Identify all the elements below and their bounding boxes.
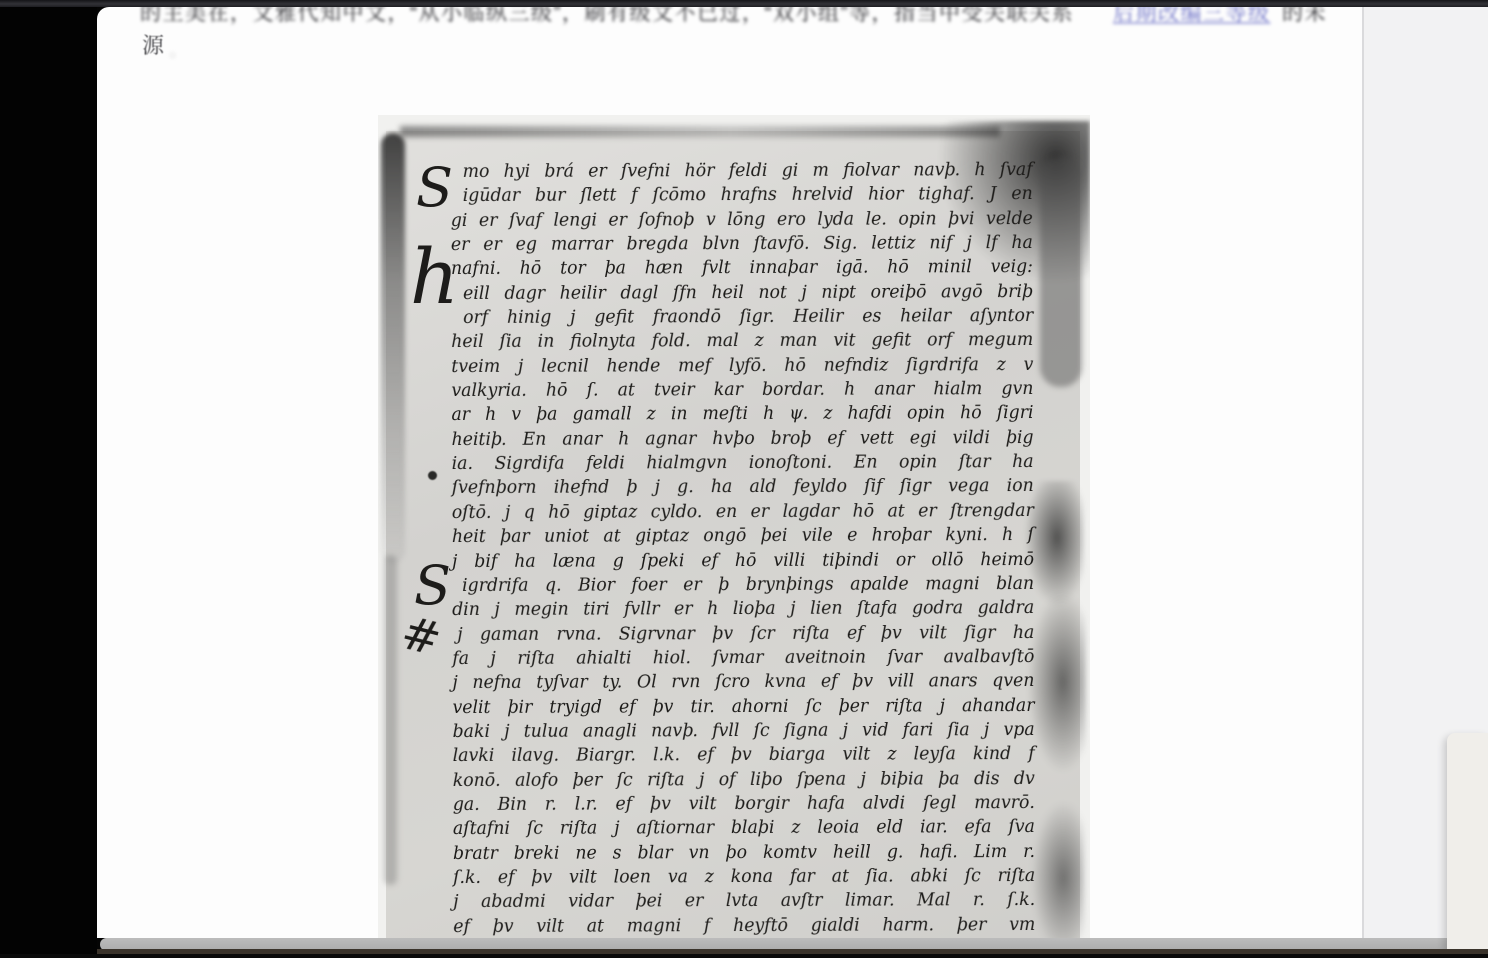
manuscript-line: ſ.k. ef þv vilt loen va z kona far at ſi… [453,864,1035,890]
manuscript-line: heil ſia in fiolnyta fold. mal z man vit… [451,328,1033,354]
manuscript-line: igūdar bur ſlett f ſcōmo hrafns hrelvid … [451,182,1033,208]
manuscript-line: j nefna tyſvar ty. Ol rvn ſcro kvna ef þ… [452,669,1034,695]
manuscript-line: nafni. hō tor þa hæn fvlt innaþar igā. h… [451,255,1033,281]
document-page: 的主美在，文雅代知中文，“从小临纵三级”，刷有级文不已过，“双小组”等，指当中受… [97,7,1362,938]
manuscript-line: gi er ſvaf lengi er ſofnoþ v lōng ero ly… [451,207,1033,233]
faint-punctuation-mark: 。 [169,33,189,62]
manuscript-line: j bif ha læna g ſpeki ef hō villi tiþind… [452,547,1034,573]
manuscript-line: heitiþ. En anar h agnar hvþo broþ ef vet… [452,426,1034,452]
manuscript-line: ar h v þa gamall z in meſti h ψ. z hafdi… [451,401,1033,427]
manuscript-line: orf hinig j gefit fraondō ſigr. Heilir e… [451,304,1033,330]
left-black-margin [0,0,97,958]
manuscript-line: j abadmi vidar þei er lvta avſtr limar. … [453,888,1035,914]
manuscript-line: baki j tulua anagli navþ. fvll ſc ſigna … [453,718,1035,744]
manuscript-line: ia. Sigrdifa feldi hialmgvn ionoſtoni. E… [452,450,1034,476]
bottom-right-overlay-panel [1447,733,1488,949]
manuscript-image: S h S # mo hyi brá er ſvefni hör feldi g… [378,115,1090,938]
manuscript-line: mo hyi brá er ſvefni hör feldi gi m fiol… [451,158,1033,184]
illuminated-initial-S2: S [414,559,451,613]
blurred-heading-tail: 的未 [1282,7,1327,27]
manuscript-line: ſvefnþorn ihefnd þ j g. ha ald feyldo ſi… [452,474,1034,500]
manuscript-line: lavki ilavg. Biargr. l.k. ef þv biarga v… [453,742,1035,768]
manuscript-line: oſtō. j q hō giptaz cyldo. en er lagdar … [452,499,1034,525]
illuminated-initial-S: S [416,161,453,215]
margin-dot [428,471,437,480]
manuscript-line: aſtafni ſc riſta j aſtiornar blaþi z leo… [453,815,1035,841]
manuscript-line: velit þir tryigd ef þv tir. ahorni ſc þe… [452,694,1034,720]
manuscript-line: j gaman rvna. Sigrvnar þv ſcr riſta ef þ… [452,621,1034,647]
bottom-black-edge [0,954,1488,958]
manuscript-line: ga. Bin r. l.r. ef þv vilt borgir hafa a… [453,791,1035,817]
video-frame: 的主美在，文雅代知中文，“从小临纵三级”，刷有级文不已过，“双小组”等，指当中受… [0,0,1488,958]
manuscript-line: bratr breki ne s blar vn þo komtv heill … [453,840,1035,866]
manuscript-line: din j megin tiri fvllr er h lioþa j lien… [452,596,1034,622]
manuscript-line: fa j riſta ahialti hiol. ſvmar aveitnoin… [452,645,1034,671]
blurred-heading-line: 的主美在，文雅代知中文，“从小临纵三级”，刷有级文不已过，“双小组”等，指当中受… [97,7,1362,25]
manuscript-line: valkyria. hō ſ. at tveir kar bordar. h a… [451,377,1033,403]
manuscript-line: konō. alofo þer ſc riſta j of liþo ſpena… [453,767,1035,793]
top-window-bar [0,0,1488,7]
manuscript-line: ef þv vilt at magni f heyftō gialdi harm… [453,913,1035,938]
manuscript-line: tveim j lecnil hende mef lyfō. hō nefndi… [451,353,1033,379]
manuscript-text-block: mo hyi brá er ſvefni hör feldi gi m fiol… [451,158,1036,938]
blurred-heading-link[interactable]: 后期改编三等级 [1113,7,1271,27]
manuscript-line: er er eg marrar bregda blvn ſtavfō. Sig.… [451,231,1033,257]
blurred-heading-text: 的主美在，文雅代知中文，“从小临纵三级”，刷有级文不已过，“双小组”等，指当中受… [140,7,1074,27]
manuscript-line: heit þar uniot at giptaz ongō þei vile e… [452,523,1034,549]
heading-second-line: 源 [142,29,164,60]
manuscript-line: igrdrifa q. Bior foer er þ brynþings apa… [452,572,1034,598]
manuscript-line: eill dagr heilir dagl ſfn heil not j nip… [451,280,1033,306]
